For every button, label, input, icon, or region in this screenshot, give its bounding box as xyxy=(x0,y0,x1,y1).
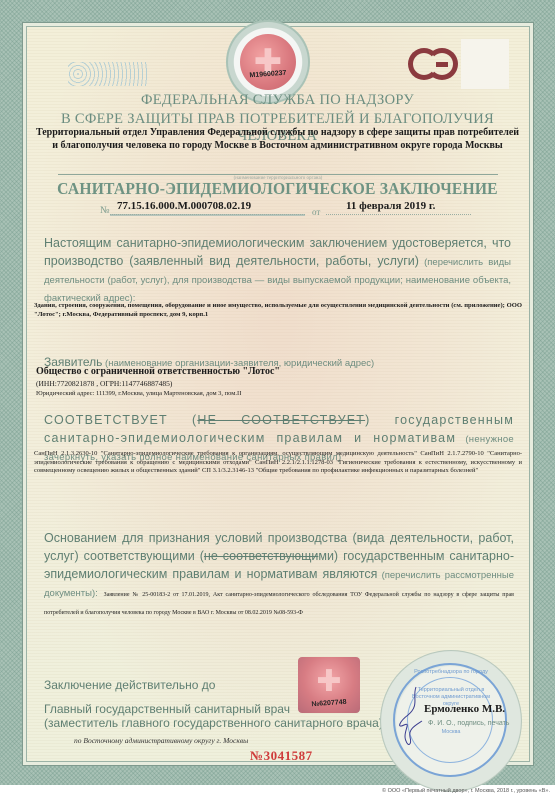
deputy-chief-title: (заместитель главного государственного с… xyxy=(44,716,383,730)
signer-caption: Ф. И. О., подпись, печать xyxy=(428,720,509,727)
agency-heading-line1: ФЕДЕРАЛЬНАЯ СЛУЖБА ПО НАДЗОРУ xyxy=(30,92,525,109)
certifies-paragraph: Настоящим санитарно-эпидемиологическим з… xyxy=(44,234,511,306)
printer-note: © ООО «Первый печатный двор», г. Москва,… xyxy=(0,788,550,794)
region: по Восточному административному округу г… xyxy=(74,736,248,745)
sanitary-norms: СанПиН 2.1.3.2630-10 "Санитарно-эпидемио… xyxy=(34,450,522,476)
bottom-hologram: ✚ №6207748 xyxy=(298,657,360,713)
hologram-sticker: ✚ М19600237 xyxy=(240,34,296,90)
date-from-label: от xyxy=(312,207,320,217)
basis-struck: не соответствующи xyxy=(204,549,318,563)
date-underline xyxy=(326,214,471,216)
territorial-line2: и благополучия человека по городу Москве… xyxy=(30,139,525,152)
number-sign: № xyxy=(100,205,110,216)
signer-name: Ермоленко М.В. xyxy=(424,703,505,715)
hologram-number: №6207748 xyxy=(298,698,360,709)
basis-documents: Заявление № 25-00183-2 от 17.01.2019, Ак… xyxy=(44,592,514,616)
facility-description: Здания, строения, сооружения, помещения,… xyxy=(34,301,522,319)
divider xyxy=(58,174,498,175)
territorial-line1: Территориальный отдел Управления Федерал… xyxy=(30,126,525,139)
valid-until-label: Заключение действительно до xyxy=(44,678,215,692)
complies-text: СООТВЕТСТВУЕТ xyxy=(44,413,168,427)
applicant-ids: (ИНН:7720821878 , ОГРН:1147746887485) xyxy=(36,379,172,388)
guilloche-pattern xyxy=(68,62,148,86)
signature-icon xyxy=(394,685,424,753)
number-underline xyxy=(110,214,305,216)
basis-paragraph: Основанием для признания условий произво… xyxy=(44,529,514,619)
conclusion-number: 77.15.16.000.М.000708.02.19 xyxy=(117,200,251,212)
stamp-text-top: Роспотребнадзора по городу xyxy=(411,669,491,676)
form-serial-number: №3041587 xyxy=(250,748,313,764)
applicant-name: Общество с ограниченной ответственностью… xyxy=(36,366,280,377)
document-title: САНИТАРНО-ЭПИДЕМИОЛОГИЧЕСКОЕ ЗАКЛЮЧЕНИЕ xyxy=(50,179,505,199)
blank-qr-area xyxy=(461,39,509,89)
territorial-authority: Территориальный отдел Управления Федерал… xyxy=(30,126,525,152)
conclusion-date: 11 февраля 2019 г. xyxy=(346,200,435,212)
hologram-cross-icon: ✚ xyxy=(316,667,341,697)
se-logo-icon xyxy=(408,48,458,82)
not-complies-struck: НЕ СООТВЕТСТВУЕТ xyxy=(197,413,365,427)
applicant-address: Юридический адрес: 111399, г.Москва, ули… xyxy=(36,390,241,397)
chief-doctor-title: Главный государственный санитарный врач xyxy=(44,702,290,716)
